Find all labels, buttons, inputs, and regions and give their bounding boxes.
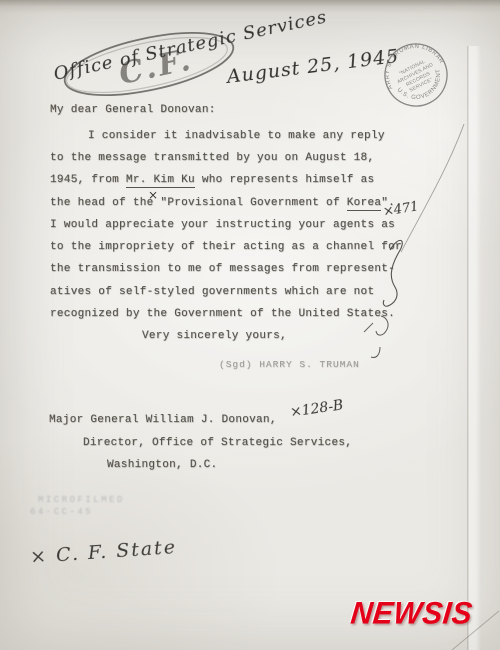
body-line-9: recognized by the Government of the Unit… [50, 308, 395, 320]
signature-line: (Sgd) HARRY S. TRUMAN [219, 359, 360, 370]
letter-page: C.F. Office of Strategic Services August… [0, 0, 500, 650]
diagonal-crease-line [401, 124, 464, 252]
pen-tick-mark [371, 316, 388, 358]
faint-stamp-line-2: 64-CC-45 [30, 507, 93, 517]
body-line-1: I consider it inadvisable to make any re… [88, 130, 385, 142]
address-line-2: Director, Office of Strategic Services, [83, 437, 352, 449]
body-line-3-post: who represents himself as [195, 174, 374, 186]
address-line-3: Washington, D.C. [107, 459, 217, 471]
kim-ku-underlined: Mr. Kim Ku [126, 174, 195, 188]
body-line-4: the head of the "Provisional Government … [50, 197, 395, 209]
body-line-4-pre: the head of the "Provisional Government … [50, 197, 347, 209]
pen-stroke-after-states [364, 323, 373, 332]
body-line-3-pre: 1945, from [50, 174, 126, 186]
body-line-3: 1945, from Mr. Kim Ku who represents him… [50, 174, 374, 186]
body-line-5: I would appreciate your instructing your… [50, 219, 395, 231]
address-line-1: Major General William J. Donovan, [49, 414, 277, 426]
salutation: My dear General Donovan: [50, 104, 216, 116]
faint-stamp-line-1: MICROFILMED [38, 495, 125, 505]
body-line-8: atives of self-styled governments which … [50, 286, 374, 298]
closing-line: Very sincerely yours, [142, 330, 287, 342]
body-line-6: to the impropriety of their acting as a … [50, 241, 402, 253]
x-mark-under-kim: × [148, 188, 158, 202]
body-line-7: the transmission to me of messages from … [50, 263, 395, 275]
korea-underlined: Korea [347, 197, 382, 211]
body-line-2: to the message transmitted by you on Aug… [50, 152, 374, 164]
newsis-logo: NEWSIS [349, 597, 474, 632]
